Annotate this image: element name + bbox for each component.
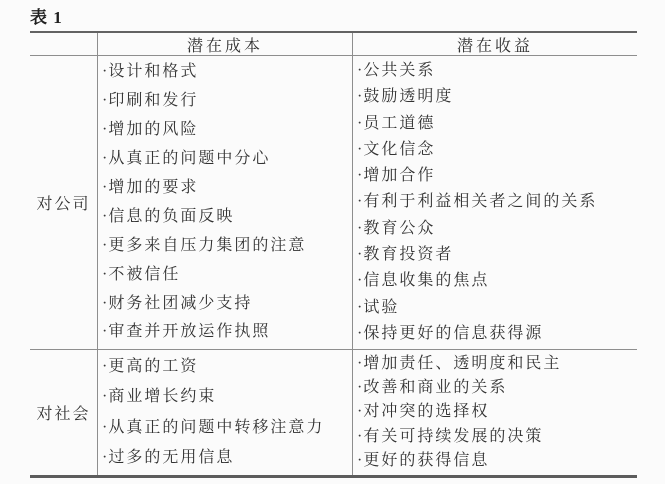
item-text: 从真正的问题中转移注意力 xyxy=(108,419,324,436)
table-cell-item: ·教育投资者 xyxy=(357,247,635,263)
bullet-dot-icon: · xyxy=(102,93,107,109)
page: 表 1 潜在成本 潜在收益 对公司 ·设计和格式·印刷和发行·增加的风险·从真正… xyxy=(0,0,665,484)
bullet-dot-icon: · xyxy=(357,380,362,396)
table-cell-item: ·试验 xyxy=(357,300,635,316)
bullet-dot-icon: · xyxy=(357,142,362,158)
bullet-dot-icon: · xyxy=(102,64,107,80)
bullet-dot-icon: · xyxy=(357,273,362,289)
item-text: 增加合作 xyxy=(363,167,435,184)
table-cell-item: ·增加的风险 xyxy=(102,122,350,138)
table-cell-item: ·增加的要求 xyxy=(102,180,350,196)
table-cell-item: ·印刷和发行 xyxy=(102,93,350,109)
item-text: 增加的要求 xyxy=(108,179,198,196)
bullet-dot-icon: · xyxy=(357,168,362,184)
table-cell-item: ·增加责任、透明度和民主 xyxy=(357,356,635,372)
item-text: 审查并开放运作执照 xyxy=(108,323,270,340)
table-cell-item: ·有利于利益相关者之间的关系 xyxy=(357,194,635,210)
table-cell-item: ·员工道德 xyxy=(357,116,635,132)
bullet-dot-icon: · xyxy=(357,429,362,445)
table-cell-item: ·信息的负面反映 xyxy=(102,209,350,225)
item-text: 有利于利益相关者之间的关系 xyxy=(363,193,597,210)
table-cell-item: ·改善和商业的关系 xyxy=(357,380,635,396)
bullet-dot-icon: · xyxy=(357,116,362,132)
item-text: 有关可持续发展的决策 xyxy=(363,428,543,445)
bullet-dot-icon: · xyxy=(357,247,362,263)
costs-benefits-table: 潜在成本 潜在收益 对公司 ·设计和格式·印刷和发行·增加的风险·从真正的问题中… xyxy=(30,31,637,478)
item-text: 对冲突的选择权 xyxy=(363,403,489,420)
bullet-dot-icon: · xyxy=(357,404,362,420)
table-header-row: 潜在成本 潜在收益 xyxy=(30,33,637,56)
item-text: 教育投资者 xyxy=(363,246,453,263)
cell-society-costs: ·更高的工资·商业增长约束·从真正的问题中转移注意力·过多的无用信息 xyxy=(97,350,352,475)
bullet-dot-icon: · xyxy=(102,324,107,340)
bullet-dot-icon: · xyxy=(102,450,107,466)
table-cell-item: ·公共关系 xyxy=(357,63,635,79)
item-text: 公共关系 xyxy=(363,62,435,79)
bullet-dot-icon: · xyxy=(102,267,107,283)
cell-society-benefits: ·增加责任、透明度和民主·改善和商业的关系·对冲突的选择权·有关可持续发展的决策… xyxy=(352,350,637,475)
item-text: 信息的负面反映 xyxy=(108,208,234,225)
item-text: 增加责任、透明度和民主 xyxy=(363,355,561,372)
item-text: 信息收集的焦点 xyxy=(363,272,489,289)
bullet-dot-icon: · xyxy=(102,359,107,375)
item-text: 鼓励透明度 xyxy=(363,88,453,105)
item-text: 商业增长约束 xyxy=(108,388,216,405)
bullet-dot-icon: · xyxy=(102,389,107,405)
table-cell-item: ·从真正的问题中转移注意力 xyxy=(102,420,350,436)
table-row-society: 对社会 ·更高的工资·商业增长约束·从真正的问题中转移注意力·过多的无用信息 ·… xyxy=(30,350,637,475)
bullet-dot-icon: · xyxy=(102,420,107,436)
item-text: 教育公众 xyxy=(363,220,435,237)
col-header-benefits: 潜在收益 xyxy=(352,33,637,56)
table-cell-item: ·更高的工资 xyxy=(102,359,350,375)
table-cell-item: ·过多的无用信息 xyxy=(102,450,350,466)
item-text: 过多的无用信息 xyxy=(108,449,234,466)
row-label-society: 对社会 xyxy=(30,350,97,475)
table-cell-item: ·增加合作 xyxy=(357,168,635,184)
bullet-dot-icon: · xyxy=(102,296,107,312)
table-row-company: 对公司 ·设计和格式·印刷和发行·增加的风险·从真正的问题中分心·增加的要求·信… xyxy=(30,56,637,350)
table-cell-item: ·更好的获得信息 xyxy=(357,453,635,469)
item-text: 保持更好的信息获得源 xyxy=(363,325,543,342)
bullet-dot-icon: · xyxy=(357,356,362,372)
table-cell-item: ·有关可持续发展的决策 xyxy=(357,429,635,445)
bullet-dot-icon: · xyxy=(357,453,362,469)
row-label-company: 对公司 xyxy=(30,56,97,349)
table-cell-item: ·财务社团减少支持 xyxy=(102,296,350,312)
item-text: 财务社团减少支持 xyxy=(108,295,252,312)
table-cell-item: ·鼓励透明度 xyxy=(357,89,635,105)
table-cell-item: ·对冲突的选择权 xyxy=(357,404,635,420)
item-text: 员工道德 xyxy=(363,115,435,132)
item-text: 从真正的问题中分心 xyxy=(108,150,270,167)
item-text: 设计和格式 xyxy=(108,63,198,80)
cell-company-costs: ·设计和格式·印刷和发行·增加的风险·从真正的问题中分心·增加的要求·信息的负面… xyxy=(97,56,352,349)
table-cell-item: ·文化信念 xyxy=(357,142,635,158)
table-cell-item: ·保持更好的信息获得源 xyxy=(357,326,635,342)
table-cell-item: ·商业增长约束 xyxy=(102,389,350,405)
bullet-dot-icon: · xyxy=(357,221,362,237)
bullet-dot-icon: · xyxy=(357,63,362,79)
bullet-dot-icon: · xyxy=(102,238,107,254)
item-text: 试验 xyxy=(363,299,399,316)
table-cell-item: ·信息收集的焦点 xyxy=(357,273,635,289)
bullet-dot-icon: · xyxy=(357,326,362,342)
item-text: 更多来自压力集团的注意 xyxy=(108,237,306,254)
bullet-dot-icon: · xyxy=(357,300,362,316)
table-caption: 表 1 xyxy=(30,3,63,28)
bullet-dot-icon: · xyxy=(102,209,107,225)
corner-cell xyxy=(30,33,97,56)
table-cell-item: ·审查并开放运作执照 xyxy=(102,324,350,340)
item-text: 更高的工资 xyxy=(108,358,198,375)
bullet-dot-icon: · xyxy=(357,194,362,210)
table-cell-item: ·设计和格式 xyxy=(102,64,350,80)
table-cell-item: ·不被信任 xyxy=(102,267,350,283)
item-text: 增加的风险 xyxy=(108,121,198,138)
item-text: 不被信任 xyxy=(108,266,180,283)
item-text: 印刷和发行 xyxy=(108,92,198,109)
bullet-dot-icon: · xyxy=(102,180,107,196)
item-text: 文化信念 xyxy=(363,141,435,158)
table-cell-item: ·教育公众 xyxy=(357,221,635,237)
item-text: 更好的获得信息 xyxy=(363,452,489,469)
bullet-dot-icon: · xyxy=(102,151,107,167)
cell-company-benefits: ·公共关系·鼓励透明度·员工道德·文化信念·增加合作·有利于利益相关者之间的关系… xyxy=(352,56,637,349)
item-text: 改善和商业的关系 xyxy=(363,379,507,396)
col-header-costs: 潜在成本 xyxy=(97,33,352,56)
table-cell-item: ·从真正的问题中分心 xyxy=(102,151,350,167)
bullet-dot-icon: · xyxy=(357,89,362,105)
table-cell-item: ·更多来自压力集团的注意 xyxy=(102,238,350,254)
bullet-dot-icon: · xyxy=(102,122,107,138)
